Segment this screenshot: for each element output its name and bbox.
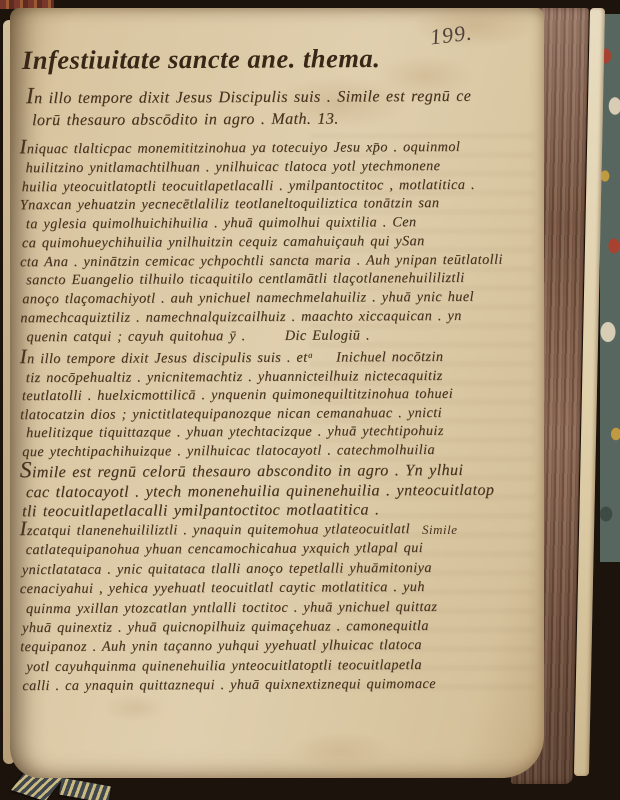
folio-number: 199.	[429, 20, 474, 51]
manuscript-line: tlatocatzin dios ; ynictitlatequipanozqu…	[20, 404, 453, 425]
manuscript-line: Simile est regnū celorū thesauro abscond…	[20, 457, 494, 483]
manuscript-line: huilitzino ynitlamachtilhuan . ynilhuica…	[20, 156, 503, 177]
manuscript-line: huelitizque tiquittazque . yhuan ytechta…	[20, 422, 453, 443]
bookmark-ribbon-tail	[59, 778, 111, 800]
manuscript-line: cta Ana . yninātzin cemicac ychpochtli s…	[20, 250, 503, 271]
manuscript-line: catlatequipanohua yhuan cencamochicahua …	[20, 539, 437, 561]
manuscript-line: yhuā quinextiz . yhuā quicnopilhuiz quim…	[20, 617, 437, 639]
manuscript-line: yotl cayuhquinma quinenehuilia ynteocuit…	[20, 656, 437, 678]
manuscript-line: Ynaxcan yehuatzin yecnecētlaliliz teotla…	[20, 194, 503, 215]
manuscript-line: cenaciyahui , yehica yyehuatl teocuitlat…	[20, 578, 437, 600]
manuscript-line: Izcatqui tlanenehuililiztli . ynaquin qu…	[20, 517, 437, 542]
manuscript-line: quenin catqui ; cayuh quitohua ȳ . Dic E…	[20, 325, 503, 346]
nahuatl-paragraph-3: Izcatqui tlanenehuililiztli . ynaquin qu…	[20, 517, 438, 697]
latin-incipit: In illo tempore dixit Jesus Discipulis s…	[26, 83, 472, 131]
manuscript-line: tiz nocōpehualtiz . ynicnitemachtiz . yh…	[20, 366, 453, 387]
manuscript-line: namechcaquiztiliz . namechnalquizcailhui…	[20, 306, 503, 327]
nahuatl-paragraph-2: In illo tempore dixit Jesus discipulis s…	[20, 345, 454, 462]
manuscript-page: 199. Infestiuitate sancte ane. thema. In…	[10, 8, 544, 778]
manuscript-line: Iniquac tlalticpac monemititzinohua ya t…	[19, 135, 502, 159]
latin-lemma: Simile est regnū celorū thesauro abscond…	[20, 457, 495, 522]
manuscript-line: In illo tempore dixit Jesus discipulis s…	[20, 345, 453, 369]
manuscript-line: cac tlatocayotl . ytech monenehuilia qui…	[20, 480, 494, 502]
manuscript-line: ca quimohueychihuilia ynilhuitzin cequiz…	[20, 231, 503, 252]
manuscript-line: ta yglesia quimolhuichihuilia . yhuā qui…	[20, 213, 503, 234]
nahuatl-paragraph-1: Iniquac tlalticpac monemititzinohua ya t…	[19, 135, 503, 347]
manuscript-line: ynictlatataca . ynic quitataca tlalli an…	[20, 559, 437, 581]
manuscript-line: anoço tlaçomachiyotl . auh ynichuel name…	[20, 288, 503, 309]
sermon-title: Infestiuitate sancte ane. thema.	[22, 43, 380, 76]
manuscript-line: tequipanoz . Auh ynin taçanno yuhqui yye…	[20, 636, 437, 658]
manuscript-line: calli . ca ynaquin quittaznequi . yhuā q…	[20, 675, 437, 697]
manuscript-line: huilia yteocuitlatoptli teocuitlapetlaca…	[20, 175, 503, 196]
manuscript-line: teutlatolli . huelxicmottilicā . ynqueni…	[20, 385, 453, 406]
manuscript-line: quinma yxillan ytozcatlan yntlalli tocti…	[20, 598, 437, 620]
manuscript-line: sancto Euangelio tilhuilo ticaquitilo ce…	[20, 269, 503, 290]
book-photo-scene: 199. Infestiuitate sancte ane. thema. In…	[0, 0, 620, 800]
manuscript-line: In illo tempore dixit Jesus Discipulis s…	[26, 83, 471, 110]
manuscript-line: lorū thesauro abscōdito in agro . Math. …	[26, 107, 471, 131]
margin-note-simile: Simile	[422, 522, 458, 538]
